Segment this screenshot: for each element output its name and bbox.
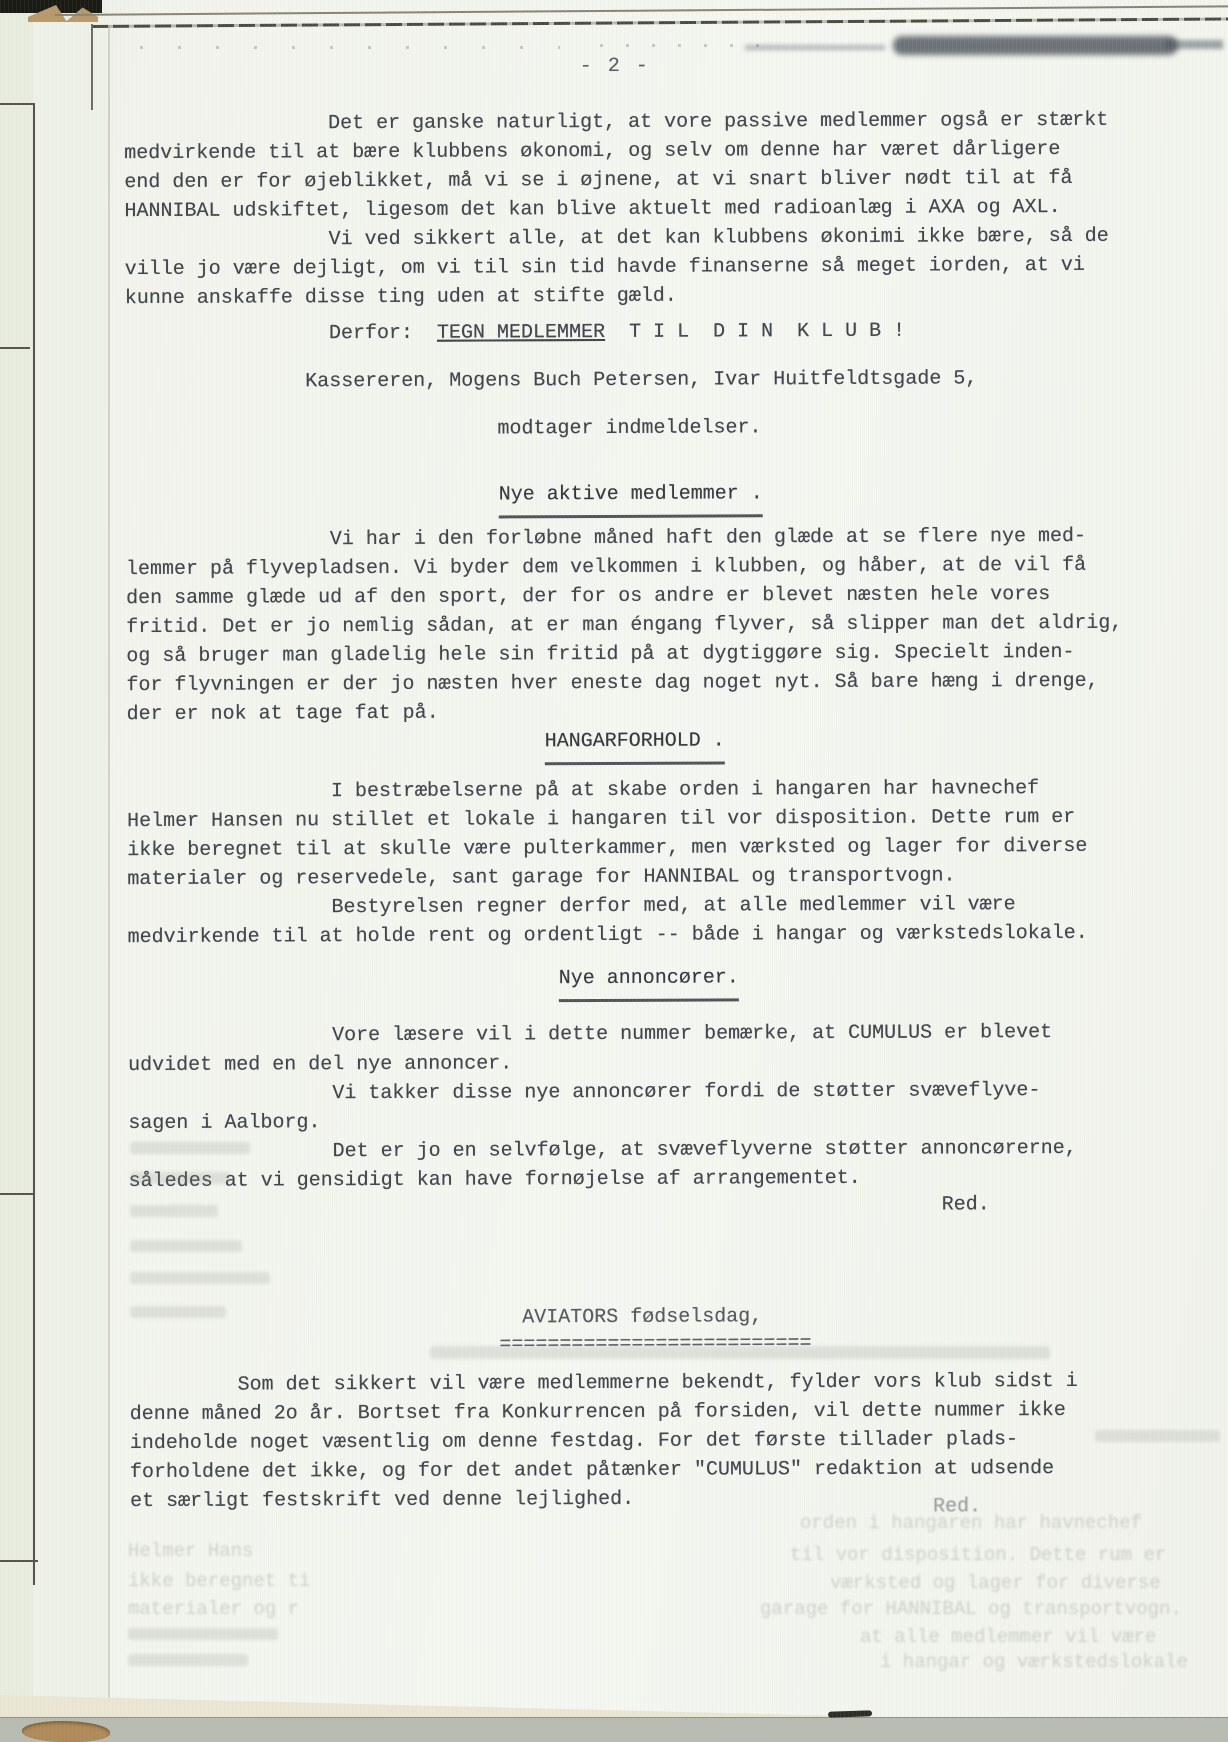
bleed-through-text: værksted og lager for diverse [830,1572,1161,1594]
section-body-new-members: Vi har i den forløbne måned haft den glæ… [126,522,1123,729]
enrolment-line: modtager indmeldelser. [125,413,761,445]
bleed-through-text: Helmer Hans [128,1540,253,1562]
bleed-through-mark [130,1205,218,1217]
typewritten-content: - 2 - Det er ganske naturligt, at vore p… [0,0,1228,1742]
bleed-through-mark [130,1172,230,1184]
bleed-through-mark [128,1654,248,1666]
scanner-bottom-band [0,1717,1228,1742]
tape-blob [22,1721,110,1742]
section-body-advertisers: Vore læsere vil i dette nummer bemærke, … [128,1018,1077,1196]
section-heading-hangar: HANGARFORHOLD . [545,726,725,765]
editor-signature: Red. [942,1190,990,1219]
bleed-through-text: orden i hangaren har havnechef [800,1512,1142,1534]
bleed-through-mark [130,1306,226,1318]
bleed-through-text: til vor disposition. Dette rum er [790,1544,1166,1566]
page-number: - 2 - [580,52,650,81]
intro-paragraph: Det er ganske naturligt, at vore passive… [124,106,1109,313]
scanned-document-page: - 2 - Det er ganske naturligt, at vore p… [0,0,1228,1742]
bleed-through-mark [130,1240,242,1252]
bleed-through-text: materialer og r [128,1598,299,1620]
bleed-through-mark [1095,1430,1220,1442]
bleed-through-text: garage for HANNIBAL og transportvogn. [760,1598,1182,1620]
bleed-through-text: i hangar og værkstedslokale [880,1651,1188,1673]
slogan-rest: T I L D I N K L U B ! [605,320,905,344]
section-heading-new-members: Nye aktive medlemmer . [499,479,763,518]
slogan-emphasis: TEGN MEDLEMMER [437,321,605,345]
bleed-through-mark [128,1628,278,1640]
bleed-through-mark [430,1346,1050,1359]
bleed-through-text: at alle medlemmer vil være [860,1626,1156,1648]
section-heading-birthday: AVIATORS fødselsdag, [522,1302,762,1332]
treasurer-line: Kassereren, Mogens Buch Petersen, Ivar H… [125,364,977,397]
slogan-prefix: Derfor: [125,322,437,346]
section-heading-advertisers: Nye annoncører. [559,963,739,1002]
section-body-hangar: I bestræbelserne på at skabe orden i han… [127,774,1088,952]
bleed-through-mark [130,1142,250,1154]
slogan-line: Derfor: TEGN MEDLEMMER T I L D I N K L U… [125,317,905,349]
bleed-through-text: ikke beregnet ti [128,1570,310,1592]
bleed-through-mark [130,1272,270,1284]
